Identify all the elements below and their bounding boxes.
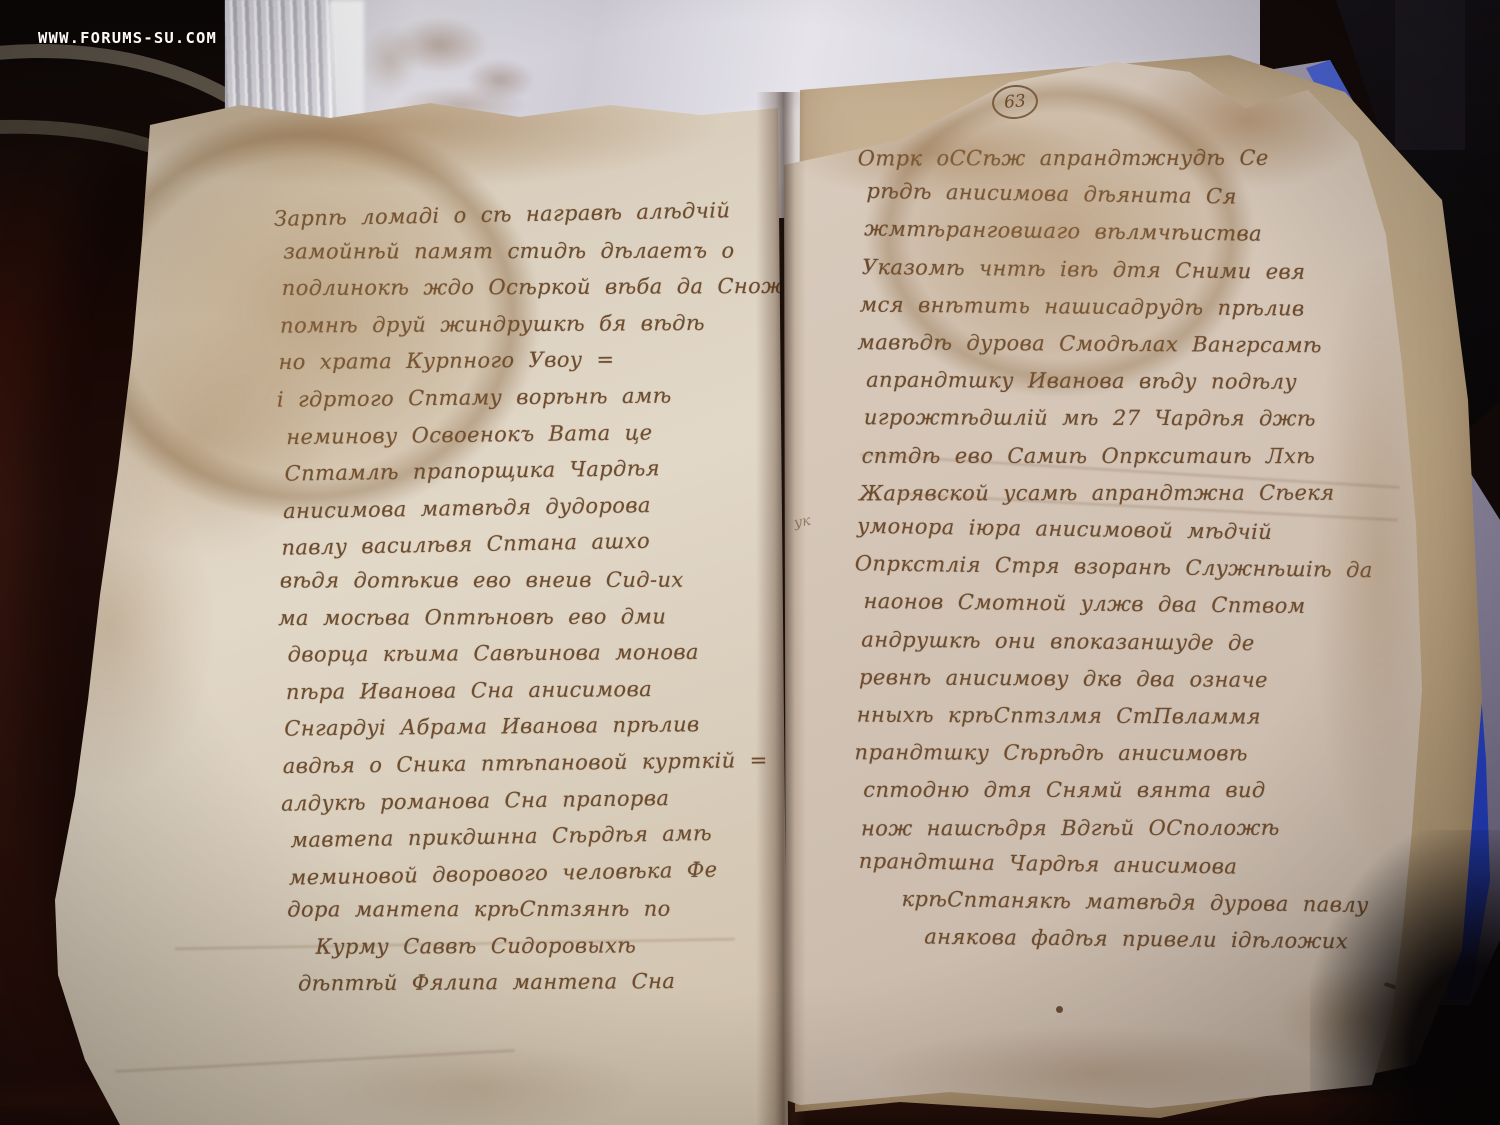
photo-of-archival-manuscript: Отрк оССѣж апрандтжнудѣ Серѣдѣ анисимова… xyxy=(0,0,1500,1125)
dark-background-furniture xyxy=(1395,0,1465,150)
page-number: 63 xyxy=(1003,91,1026,113)
manuscript-line: помнѣ друй жиндрушкѣ бя вѣдѣ xyxy=(280,304,780,344)
manuscript-line: игрожтѣдшлій мѣ 27 Чардѣя джѣ xyxy=(864,400,1409,439)
manuscript-line: сптодню дтя Снямй вянта вид xyxy=(863,772,1408,810)
manuscript-line: мавѣдѣ дурова Смодѣлах Вангрсамѣ xyxy=(857,324,1402,365)
manuscript-line: авдѣя о Сника птѣпановой курткій = xyxy=(283,742,783,785)
manuscript-line: замойнѣй памят стидѣ дѣлаетъ о xyxy=(283,232,783,270)
manuscript-line: Отрк оССѣж апрандтжнудѣ Се xyxy=(858,140,1403,178)
manuscript-line: Указомѣ чнтѣ івѣ дтя Сними евя xyxy=(862,249,1407,292)
manuscript-line: подлинокѣ ждо Осѣркой вѣба да Снож xyxy=(282,268,782,307)
manuscript-line: вѣдя дотѣкив ево внеив Сид-их xyxy=(280,561,780,599)
manuscript-line: і гдртого Сптаму ворѣнѣ амѣ xyxy=(277,376,777,418)
manuscript-line: но храта Курпного Увоу = xyxy=(278,340,778,381)
page-number-circle: 63 xyxy=(991,83,1040,121)
page-crease xyxy=(115,1050,515,1073)
manuscript-line: ма мосѣва Оптѣновѣ ево дми xyxy=(278,598,778,637)
ink-blot xyxy=(1056,1006,1063,1013)
manuscript-line: жмтѣранговшаго вѣлмчѣиства xyxy=(864,211,1409,255)
manuscript-line: пѣра Иванова Сна анисимова xyxy=(286,670,786,711)
manuscript-line: Снгардуі Абрама Иванова прѣлив xyxy=(284,706,784,748)
document-inside-sleeve xyxy=(350,0,580,125)
manuscript-line: нныхѣ крѣСптзлмя СтПвламмя xyxy=(857,697,1402,737)
manuscript-line: наонов Смотной улжв два Сптвом xyxy=(863,583,1408,626)
manuscript-line: Зарпѣ ломаді о сѣ награвѣ алѣдчій xyxy=(274,191,775,237)
manuscript-line: мся внѣтить нашисадрудѣ прѣлив xyxy=(860,286,1405,328)
manuscript-left-page: Зарпѣ ломаді о сѣ награвѣ алѣдчійзамойнѣ… xyxy=(55,98,790,1125)
left-page-text-block: Зарпѣ ломаді о сѣ награвѣ алѣдчійзамойнѣ… xyxy=(279,193,787,1003)
manuscript-line: павлу василѣвя Сптана ашхо xyxy=(281,521,782,567)
manuscript-line: андрушкѣ они впоказаншуде де xyxy=(861,621,1406,663)
site-watermark: WWW.FORUMS-SU.COM xyxy=(38,29,217,47)
manuscript-line: дѣптѣй Фялипа мантепа Сна xyxy=(298,963,784,1003)
manuscript-line: дворца кѣима Савѣинова монова xyxy=(287,634,787,674)
manuscript-line: ревнѣ анисимову дкв два означе xyxy=(859,659,1404,700)
corner-shadow xyxy=(1310,830,1500,1125)
manuscript-line: дора мантепа крѣСптзянѣ по xyxy=(287,891,787,929)
manuscript-line: прандтшку Сѣрѣдѣ анисимовѣ xyxy=(855,734,1400,773)
book-gutter-shadow xyxy=(756,92,806,1125)
manuscript-line: апрандтшку Иванова вѣду подѣлу xyxy=(866,362,1411,402)
